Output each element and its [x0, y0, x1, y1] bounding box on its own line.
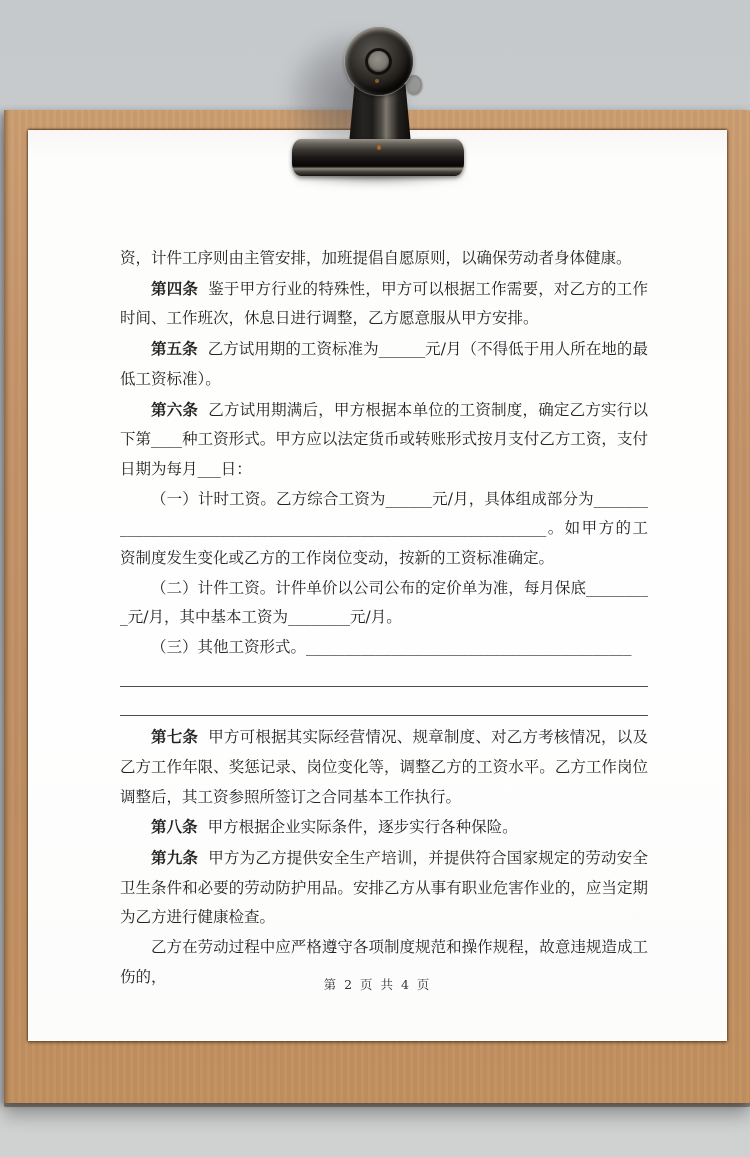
- paragraph-text: 甲方可根据其实际经营情况、规章制度、对乙方考核情况，以及乙方工作年限、奖惩记录、…: [120, 728, 648, 805]
- clause-6-item-2: （二）计件工资。计件单价以公司公布的定价单为准，每月保底_________元/月…: [120, 574, 648, 633]
- clip-knob-reflection-dot: [375, 79, 379, 83]
- clause-6-item-3: （三）其他工资形式。______________________________…: [120, 633, 648, 663]
- clip-jaw-bar: [292, 139, 464, 176]
- clip-jaw-reflection-dot: [377, 145, 381, 150]
- paragraph-text: （一）计时工资。乙方综合工资为______元/月，具体组成部分为________…: [120, 490, 648, 567]
- clipboard-photo: 资，计件工序则由主管安排，加班提倡自愿原则，以确保劳动者身体健康。 第四条鉴于甲…: [0, 0, 750, 1157]
- clause-6: 第六条乙方试用期满后，甲方根据本单位的工资制度，确定乙方实行以下第____种工资…: [120, 395, 648, 485]
- clause-4-label: 第四条: [151, 279, 198, 298]
- paragraph-text: 乙方试用期的工资标准为______元/月（不得低于用人所在地的最低工资标准）。: [120, 340, 648, 388]
- clause-6-item-1: （一）计时工资。乙方综合工资为______元/月，具体组成部分为________…: [120, 485, 648, 574]
- clip-knob-hole: [368, 51, 389, 72]
- paragraph-text: 甲方根据企业实际条件，逐步实行各种保险。: [208, 818, 518, 836]
- contract-body: 资，计件工序则由主管安排，加班提倡自愿原则，以确保劳动者身体健康。 第四条鉴于甲…: [120, 244, 648, 993]
- paragraph-text: 鉴于甲方行业的特殊性，甲方可以根据工作需要，对乙方的工作时间、工作班次，休息日进…: [120, 280, 648, 328]
- clause-9: 第九条甲方为乙方提供安全生产培训，并提供符合国家规定的劳动安全卫生条件和必要的劳…: [120, 843, 648, 933]
- clause-9-label: 第九条: [151, 848, 198, 867]
- paragraph-text: 乙方试用期满后，甲方根据本单位的工资制度，确定乙方实行以下第____种工资形式。…: [120, 401, 648, 478]
- clause-3-continuation: 资，计件工序则由主管安排，加班提倡自愿原则，以确保劳动者身体健康。: [120, 244, 648, 274]
- clause-4: 第四条鉴于甲方行业的特殊性，甲方可以根据工作需要，对乙方的工作时间、工作班次，休…: [120, 274, 648, 334]
- paragraph-text: 资，计件工序则由主管安排，加班提倡自愿原则，以确保劳动者身体健康。: [120, 249, 632, 267]
- clause-8-label: 第八条: [151, 817, 198, 836]
- clause-6-label: 第六条: [151, 400, 198, 419]
- blank-underline: [120, 693, 648, 723]
- paragraph-text: （三）其他工资形式。______________________________…: [151, 638, 632, 656]
- contract-page: 资，计件工序则由主管安排，加班提倡自愿原则，以确保劳动者身体健康。 第四条鉴于甲…: [28, 130, 727, 1041]
- clause-5-label: 第五条: [151, 339, 198, 358]
- blank-underline: [120, 663, 648, 693]
- paragraph-text: （二）计件工资。计件单价以公司公布的定价单为准，每月保底_________元/月…: [120, 579, 648, 627]
- clip-knob: [345, 27, 413, 95]
- page-number-footer: 第 2 页 共 4 页: [28, 975, 727, 993]
- clause-7: 第七条甲方可根据其实际经营情况、规章制度、对乙方考核情况，以及乙方工作年限、奖惩…: [120, 722, 648, 812]
- clause-5: 第五条乙方试用期的工资标准为______元/月（不得低于用人所在地的最低工资标准…: [120, 334, 648, 394]
- clause-7-label: 第七条: [151, 727, 198, 746]
- paragraph-text: 甲方为乙方提供安全生产培训，并提供符合国家规定的劳动安全卫生条件和必要的劳动防护…: [120, 849, 648, 926]
- clause-8: 第八条甲方根据企业实际条件，逐步实行各种保险。: [120, 812, 648, 843]
